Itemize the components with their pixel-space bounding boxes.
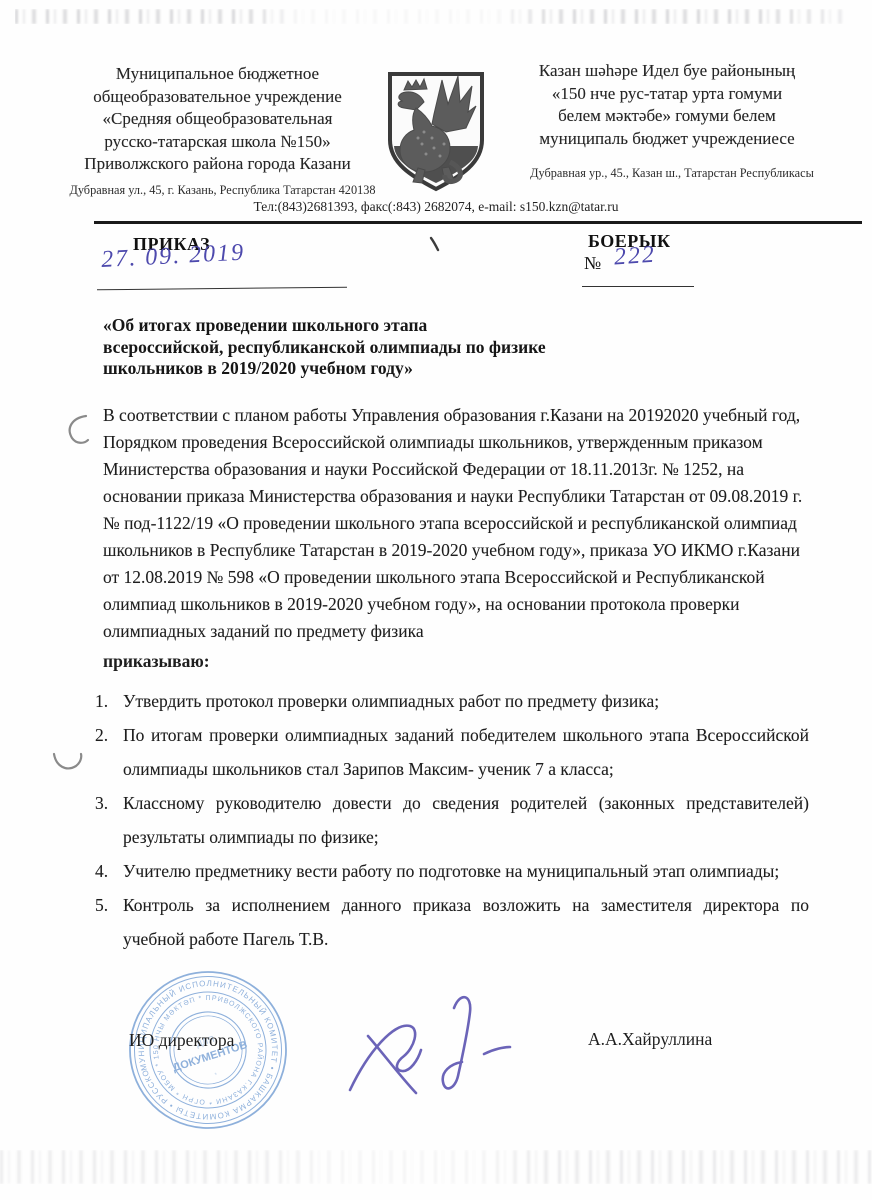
scanned-order-document: Муниципальное бюджетное общеобразователь… <box>0 0 872 1200</box>
margin-scan-mark <box>50 748 86 774</box>
decree-word: приказываю: <box>103 651 210 672</box>
subject-line: школьников в 2019/2020 учебном году» <box>103 358 783 380</box>
margin-scan-mark <box>64 412 94 446</box>
org-address-tatar: Дубравная ур., 45., Казан ш., Татарстан … <box>492 166 852 181</box>
org-name-russian: Муниципальное бюджетное общеобразователь… <box>60 63 375 176</box>
org-right-line: муниципаль бюджет учреждениесе <box>478 128 856 151</box>
org-right-line: белем мәктәбе» гомуми белем <box>478 105 856 128</box>
org-left-line: Муниципальное бюджетное <box>60 63 375 86</box>
kazan-coat-of-arms-icon <box>384 70 488 194</box>
order-subject: «Об итогах проведении школьного этапа вс… <box>103 315 783 380</box>
org-left-line: русско-татарская школа №150» <box>60 131 375 154</box>
handwritten-signature <box>342 990 514 1105</box>
preamble-paragraph: В соответствии с планом работы Управлени… <box>103 402 809 645</box>
order-item: Учителю предметнику вести работу по подг… <box>95 854 809 888</box>
org-right-line: «150 нче рус-татар урта гомуми <box>478 83 856 106</box>
header-divider-rule <box>94 221 862 224</box>
handwritten-number: 222 <box>613 242 657 272</box>
order-item: Утвердить протокол проверки олимпиадных … <box>95 684 809 718</box>
contact-line: Тел:(843)2681393, факс(:843) 2682074, e-… <box>80 199 792 215</box>
scan-noise-band-bottom <box>0 1150 872 1184</box>
order-item: По итогам проверки олимпиадных заданий п… <box>95 718 809 786</box>
subject-line: «Об итогах проведении школьного этапа <box>103 315 783 337</box>
org-name-tatar: Казан шәһәре Идел буе районының «150 нче… <box>478 60 856 150</box>
org-left-line: «Средняя общеобразовательная <box>60 108 375 131</box>
org-left-line: Приволжского района города Казани <box>60 153 375 176</box>
subject-line: всероссийской, республиканской олимпиады… <box>103 337 783 359</box>
scan-tick-mark <box>428 236 442 252</box>
scan-noise-band-top <box>15 9 850 24</box>
order-items-list: Утвердить протокол проверки олимпиадных … <box>95 684 809 956</box>
signer-position: ИО директора <box>129 1030 234 1051</box>
org-right-line: Казан шәһәре Идел буе районының <box>478 60 856 83</box>
date-underline <box>97 287 347 291</box>
svg-text:*: * <box>214 1072 219 1079</box>
signer-name: А.А.Хайруллина <box>588 1029 712 1050</box>
org-left-line: общеобразовательное учреждение <box>60 86 375 109</box>
org-address-russian: Дубравная ул., 45, г. Казань, Республика… <box>50 183 395 198</box>
order-item: Контроль за исполнением данного приказа … <box>95 888 809 956</box>
number-underline <box>582 286 694 287</box>
order-item: Классному руководителю довести до сведен… <box>95 786 809 854</box>
number-prefix: № <box>584 253 601 274</box>
handwritten-date: 27. 09. 2019 <box>101 240 246 274</box>
